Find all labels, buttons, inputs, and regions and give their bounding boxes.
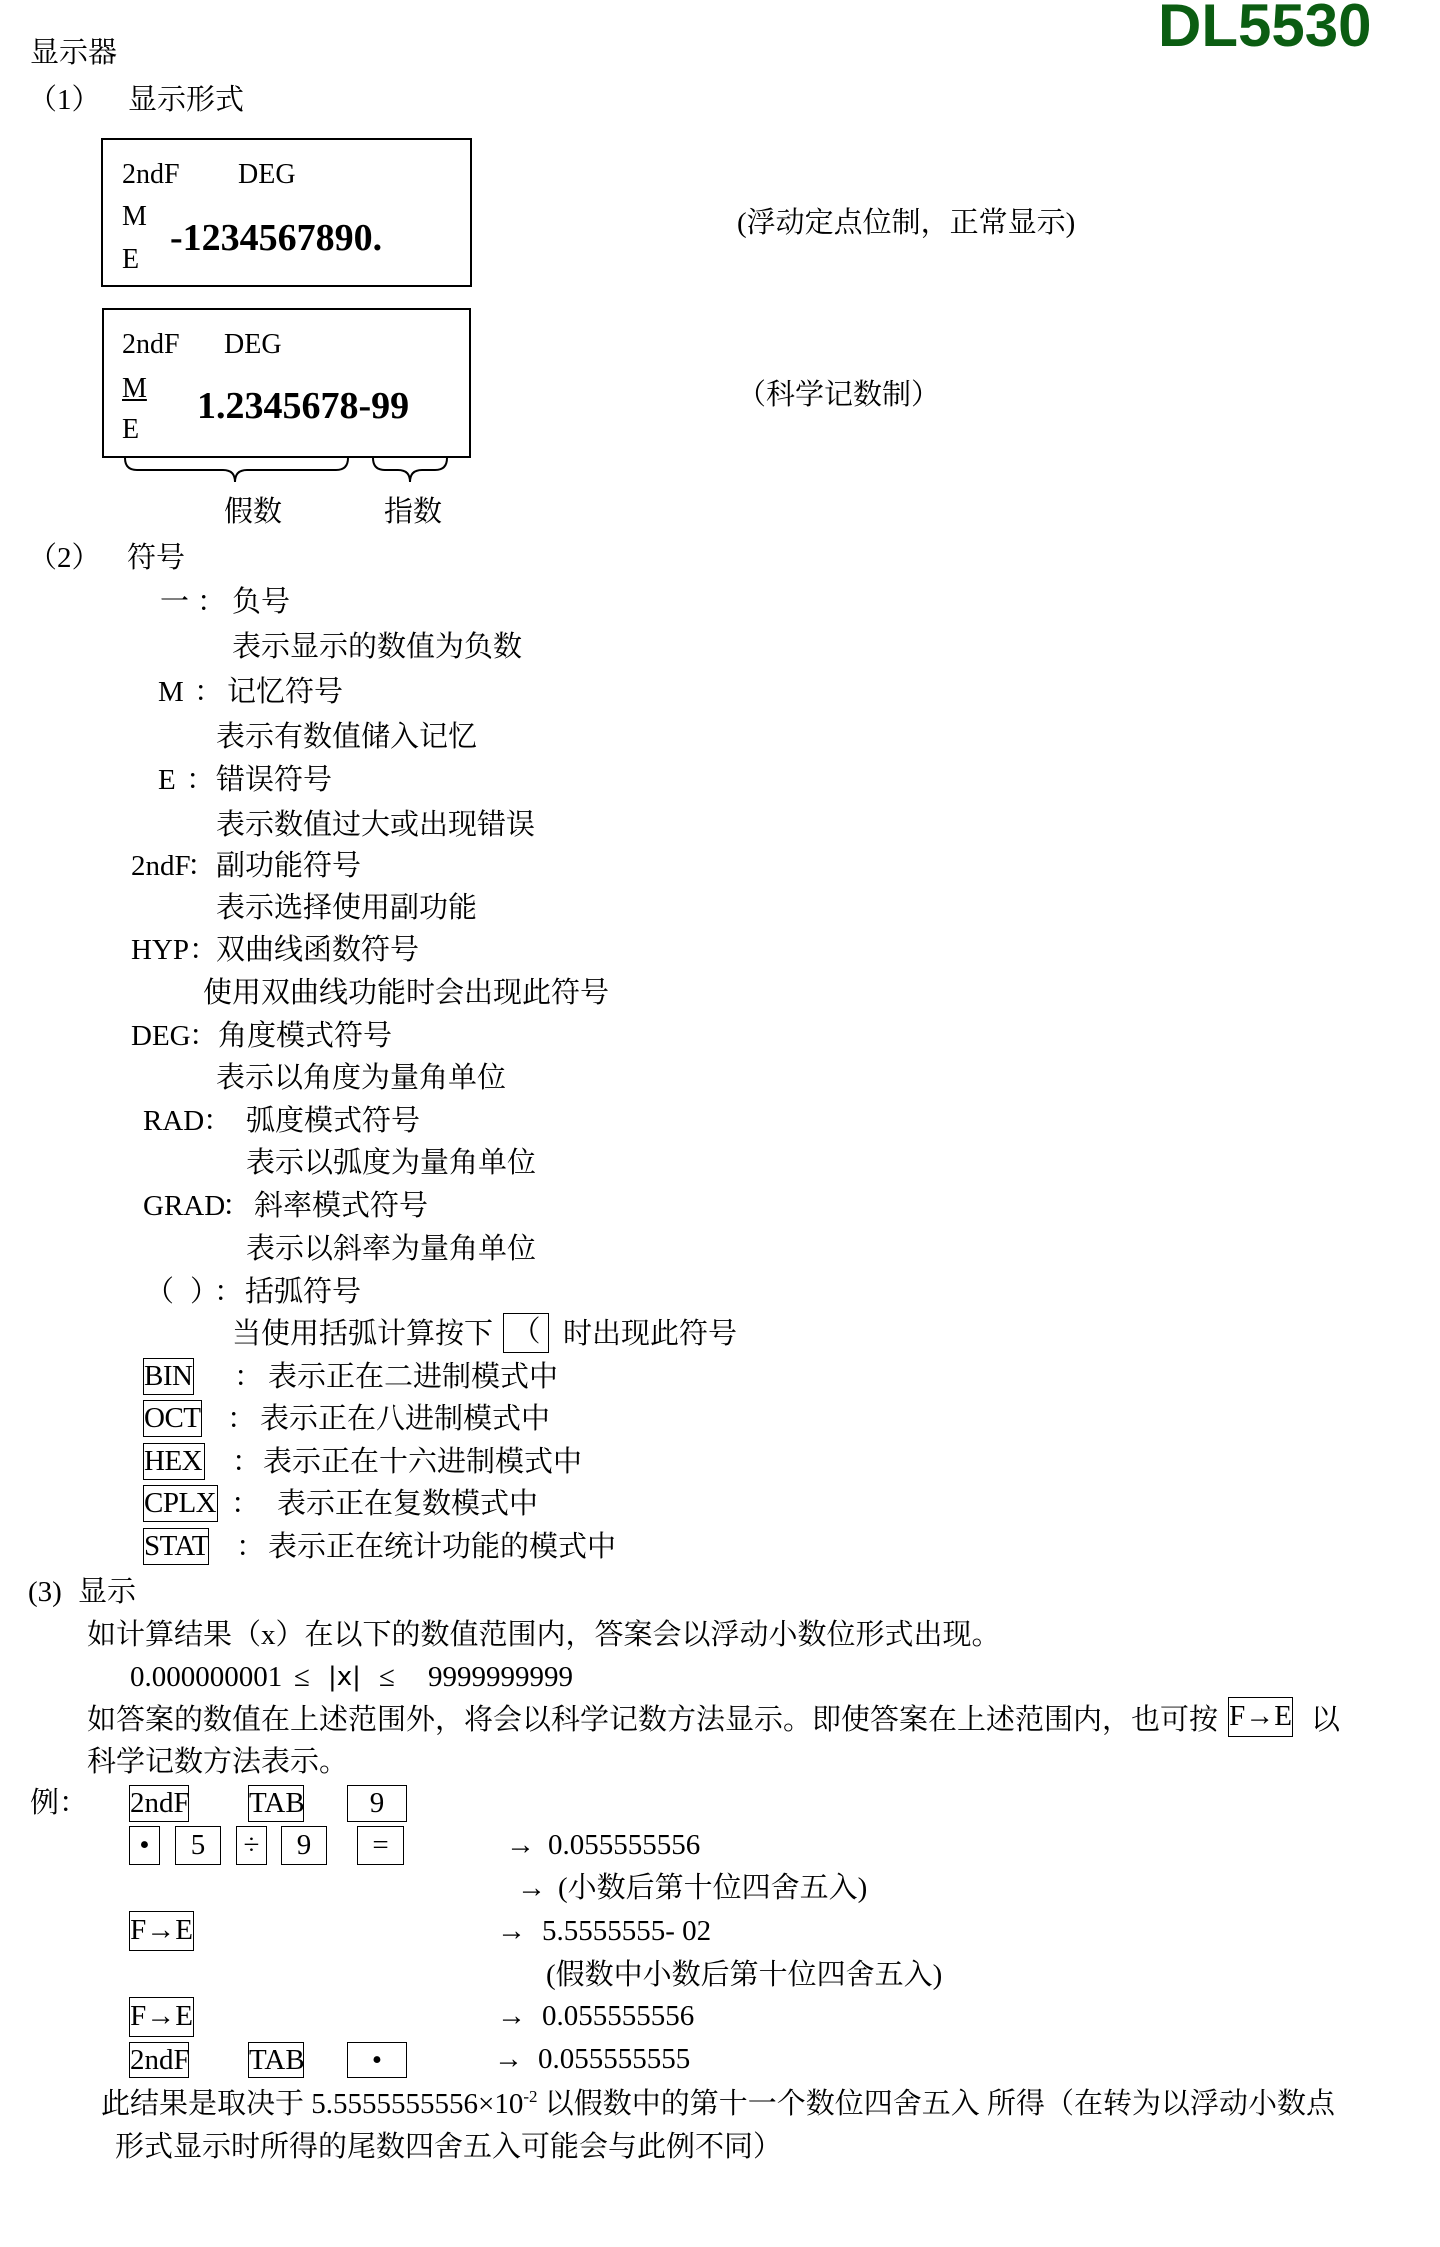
section3-outside-line2: 科学记数方法表示。 [87, 1741, 348, 1783]
symbol-desc: 表示数值过大或出现错误 [216, 804, 535, 846]
symbol-sep: ： [222, 1185, 251, 1227]
symbol-sep: ： [187, 845, 216, 887]
symbol-rad: RAD [143, 1100, 204, 1142]
mode-sep: ： [232, 1441, 261, 1483]
symbol-desc: 表示显示的数值为负数 [232, 626, 522, 668]
symbol-desc: 表示以弧度为量角单位 [246, 1142, 536, 1184]
mode-sep: ： [227, 1398, 256, 1440]
indicator-deg: DEG [224, 329, 282, 361]
symbol-deg: DEG [131, 1015, 191, 1057]
indicator-memory: M [122, 201, 147, 233]
key-decimal-point: • [129, 1826, 160, 1865]
section3-intro: 如计算结果（x）在以下的数值范围内，答案会以浮动小数位形式出现。 [87, 1614, 1001, 1656]
symbol-2ndf: 2ndF [131, 845, 191, 887]
arrow-icon: → [506, 1824, 535, 1866]
exponent-label: 指数 [384, 491, 442, 533]
example-result: 5.5555555- 02 [542, 1910, 711, 1952]
symbol-name: 双曲线函数符号 [216, 929, 419, 971]
symbol-error: E [158, 759, 176, 801]
note-exponent: -2 [523, 2087, 537, 2106]
brace-icons [100, 455, 480, 490]
symbol-desc: 使用双曲线功能时会出现此符号 [203, 972, 609, 1014]
symbol-name: 角度模式符号 [218, 1015, 392, 1057]
symbol-name: 斜率模式符号 [254, 1185, 428, 1227]
section1-title: 显示形式 [128, 79, 244, 121]
symbol-name: 负号 [232, 581, 290, 623]
section3-number: (3) [28, 1571, 62, 1613]
symbol-name: 括弧符号 [245, 1271, 361, 1313]
key-decimal-point: • [347, 2042, 407, 2078]
key-equals: = [357, 1826, 404, 1865]
symbol-grad: GRAD [143, 1185, 225, 1227]
example-result: 0.055555556 [542, 1995, 694, 2037]
symbol-sep: ： [189, 1015, 218, 1057]
float-display-note: (浮动定点位制，正常显示) [737, 202, 1075, 244]
indicator-deg: DEG [238, 159, 296, 191]
symbol-hyp: HYP [131, 929, 189, 971]
page-title: 显示器 [30, 32, 117, 74]
symbol-desc: 当使用括弧计算按下 [232, 1313, 493, 1355]
key-tab: TAB [248, 1785, 304, 1822]
example-note-line1: 此结果是取决于 5.5555555556×10-2 以假数中的第十一个数位四舍五… [101, 2083, 1335, 2125]
symbol-sep: ： [186, 759, 215, 801]
paren-key: （ [503, 1313, 549, 1353]
mode-desc: 表示正在八进制模式中 [260, 1398, 550, 1440]
symbol-name: 记忆符号 [227, 671, 343, 713]
example-result-note: (小数后第十位四舍五入) [558, 1867, 867, 1909]
arrow-icon: → [517, 1867, 546, 1909]
section2-title: 符号 [127, 537, 185, 579]
example-result-note: (假数中小数后第十位四舍五入) [546, 1954, 942, 1996]
symbol-sep: ： [197, 581, 226, 623]
note-text: 以假数中的第十一个数位四舍五入 所得（在转为以浮动小数点 [538, 2088, 1336, 2120]
symbol-paren-open: （ [145, 1271, 174, 1313]
range-operator: ≤ [294, 1656, 310, 1698]
symbol-name: 错误符号 [216, 759, 332, 801]
range-variable: |x| [328, 1656, 361, 1698]
exponent-brace-icon [373, 458, 447, 482]
mode-desc: 表示正在十六进制模式中 [263, 1441, 582, 1483]
key-f-to-e: F→E [129, 1997, 194, 2037]
indicator-2ndf: 2ndF [122, 329, 180, 361]
key-f-to-e: F→E [129, 1911, 194, 1951]
arrow-icon: → [497, 1995, 526, 2037]
mode-indicator-oct: OCT [143, 1400, 202, 1437]
section3-outside-text: 如答案的数值在上述范围外，将会以科学记数方法显示。即使答案在上述范围内，也可按 [87, 1699, 1218, 1741]
mantissa-brace-icon [125, 458, 348, 482]
model-name: DL5530 [1158, 0, 1371, 56]
example-label: 例： [30, 1782, 88, 1824]
mode-indicator-hex: HEX [143, 1443, 205, 1480]
example-result: 0.055555556 [548, 1824, 700, 1866]
key-9: 9 [347, 1785, 407, 1822]
mode-indicator-bin: BIN [143, 1358, 194, 1395]
mode-desc: 表示正在复数模式中 [277, 1483, 538, 1525]
mantissa-label: 假数 [224, 491, 282, 533]
mode-indicator-stat: STAT [143, 1528, 209, 1565]
symbol-desc: 表示选择使用副功能 [216, 887, 477, 929]
display-value: -1234567890. [170, 217, 382, 259]
float-display-box: 2ndF DEG M E -1234567890. [101, 138, 472, 287]
key-5: 5 [175, 1826, 221, 1865]
section1-number: （1） [28, 79, 101, 121]
symbol-desc: 表示以角度为量角单位 [216, 1057, 506, 1099]
mode-indicator-cplx: CPLX [143, 1485, 218, 1522]
display-value: 1.2345678-99 [197, 385, 409, 427]
example-result: 0.055555555 [538, 2038, 690, 2080]
symbol-desc: 表示有数值储入记忆 [216, 716, 477, 758]
sci-display-box: 2ndF DEG M E 1.2345678-99 [102, 308, 471, 458]
section3-outside-tail: 以 [1311, 1699, 1340, 1741]
mode-sep: ： [234, 1356, 263, 1398]
symbol-name: 弧度模式符号 [246, 1100, 420, 1142]
section3-title: 显示 [78, 1571, 136, 1613]
symbol-memory: M [158, 671, 184, 713]
example-note-line2: 形式显示时所得的尾数四舍五入可能会与此例不同） [115, 2126, 782, 2168]
key-2ndf: 2ndF [129, 1785, 189, 1822]
sci-display-note: （科学记数制） [737, 374, 940, 416]
symbol-minus: 一 [160, 581, 189, 623]
mode-sep: ： [231, 1483, 260, 1525]
arrow-icon: → [494, 2038, 523, 2080]
arrow-icon: → [497, 1910, 526, 1952]
manual-page: 显示器 DL5530 （1） 显示形式 2ndF DEG M E -123456… [0, 0, 1440, 2247]
key-tab: TAB [248, 2042, 304, 2078]
indicator-error: E [122, 414, 139, 446]
key-9: 9 [281, 1826, 327, 1865]
range-min: 0.000000001 [130, 1656, 282, 1698]
symbol-sep: ： [194, 671, 223, 713]
symbol-sep: ： [203, 1100, 232, 1142]
indicator-2ndf: 2ndF [122, 159, 180, 191]
key-divide: ÷ [236, 1826, 267, 1865]
key-2ndf: 2ndF [129, 2042, 189, 2078]
symbol-sep: ： [214, 1271, 243, 1313]
indicator-memory: M [122, 373, 147, 405]
range-operator: ≤ [379, 1656, 395, 1698]
symbol-sep: ： [189, 929, 218, 971]
indicator-error: E [122, 244, 139, 276]
mode-desc: 表示正在统计功能的模式中 [268, 1526, 616, 1568]
symbol-desc: 时出现此符号 [563, 1313, 737, 1355]
mode-sep: ： [236, 1526, 265, 1568]
range-max: 9999999999 [428, 1656, 573, 1698]
fe-key: F→E [1228, 1697, 1293, 1737]
mode-desc: 表示正在二进制模式中 [268, 1356, 558, 1398]
symbol-desc: 表示以斜率为量角单位 [246, 1228, 536, 1270]
note-text: 此结果是取决于 5.5555555556×10 [101, 2088, 523, 2120]
symbol-name: 副功能符号 [216, 845, 361, 887]
section2-number: （2） [28, 537, 101, 579]
